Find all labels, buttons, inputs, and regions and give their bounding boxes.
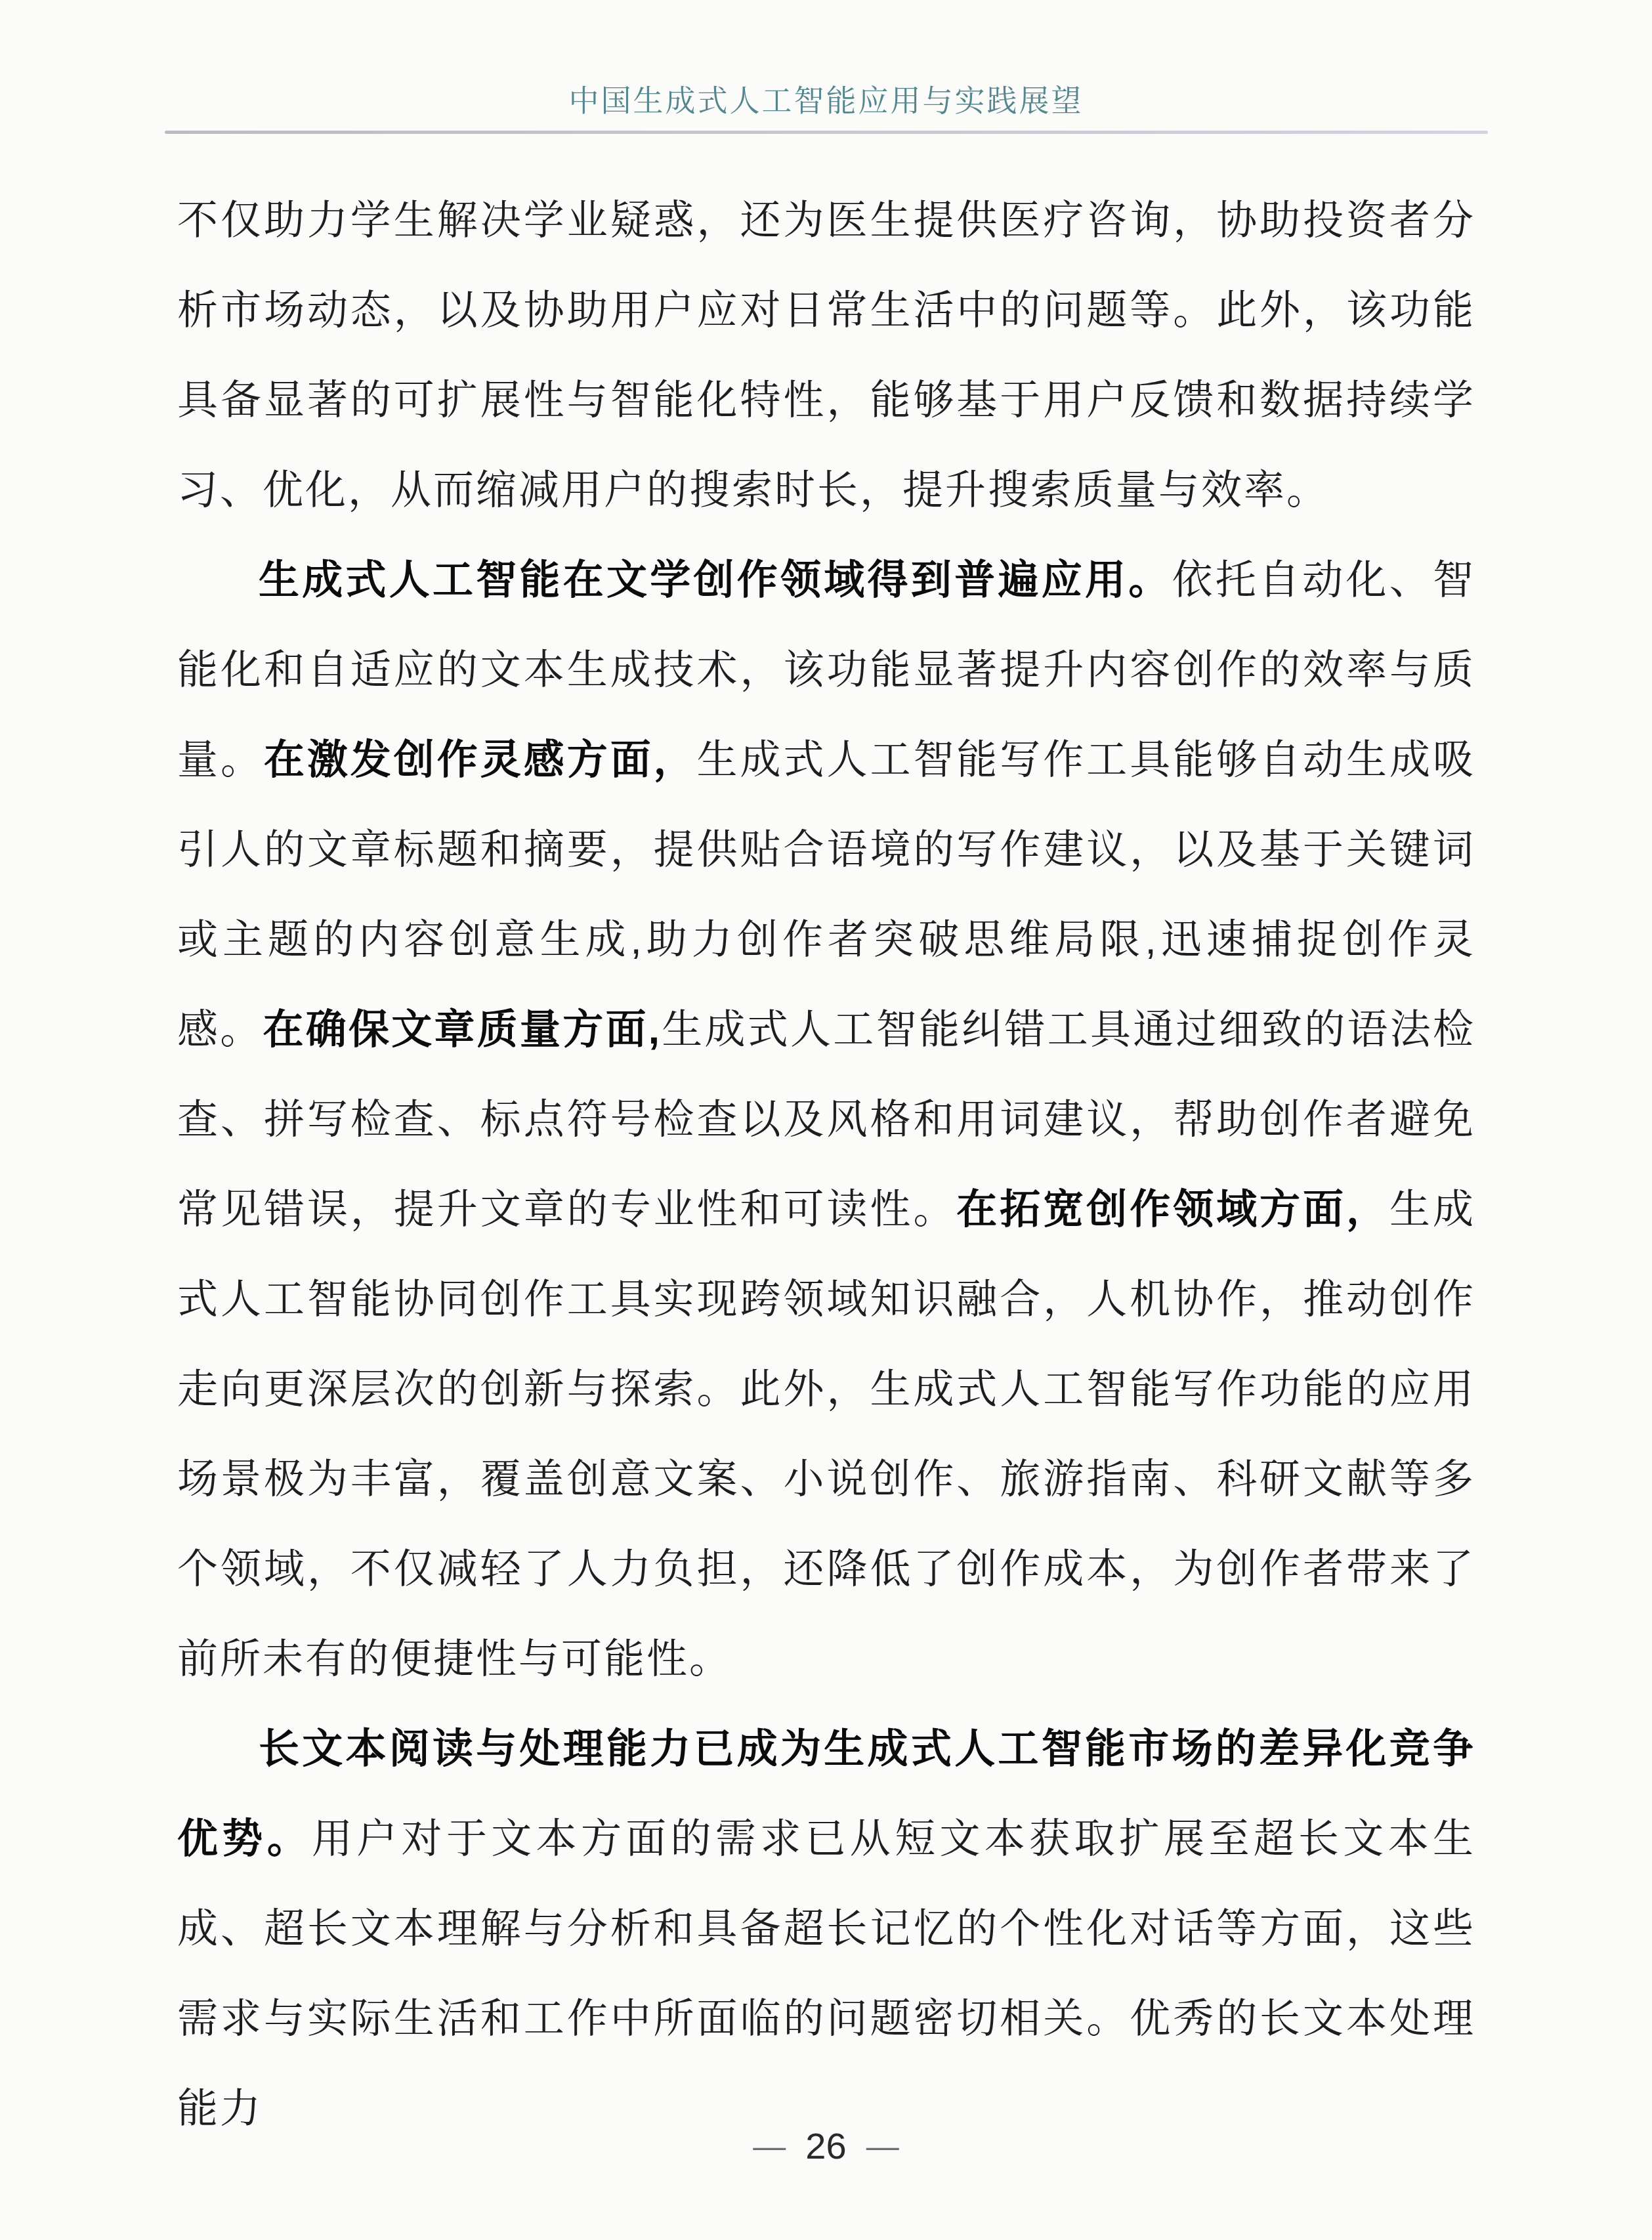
text-run: 用户对于文本方面的需求已从短文本获取扩展至超长文本生成、超长文本理解与分析和具备… — [177, 1817, 1475, 2132]
footer-dash-right: — — [866, 2130, 899, 2163]
document-page: 中国生成式人工智能应用与实践展望 不仅助力学生解决学业疑惑，还为医生提供医疗咨询… — [0, 0, 1652, 2240]
text-run: 生成式人工智能写作工具能够自动生成吸引人的文章标题和摘要，提供贴合语境的写作建议… — [177, 738, 1475, 1053]
header-rule — [165, 131, 1488, 134]
page-header-title: 中国生成式人工智能应用与实践展望 — [0, 0, 1652, 119]
text-run: 生成式人工智能协同创作工具实现跨领域知识融合，人机协作，推动创作走向更深层次的创… — [177, 1187, 1475, 1682]
paragraph-3: 长文本阅读与处理能力已成为生成式人工智能市场的差异化竞争优势。用户对于文本方面的… — [177, 1704, 1475, 2154]
bold-text-run: 生成式人工智能在文学创作领域得到普遍应用。 — [259, 558, 1172, 603]
page-body: 不仅助力学生解决学业疑惑，还为医生提供医疗咨询，协助投资者分析市场动态，以及协助… — [177, 176, 1475, 2154]
bold-text-run: 在激发创作灵感方面， — [264, 738, 697, 783]
text-run: 不仅助力学生解决学业疑惑，还为医生提供医疗咨询，协助投资者分析市场动态，以及协助… — [177, 198, 1475, 513]
bold-text-run: 在拓宽创作领域方面， — [956, 1187, 1389, 1233]
paragraph-2: 生成式人工智能在文学创作领域得到普遍应用。依托自动化、智能化和自适应的文本生成技… — [177, 536, 1475, 1704]
page-header: 中国生成式人工智能应用与实践展望 — [0, 0, 1652, 134]
bold-text-run: 在确保文章质量方面, — [263, 1007, 662, 1053]
page-number: 26 — [805, 2128, 846, 2165]
paragraph-1: 不仅助力学生解决学业疑惑，还为医生提供医疗咨询，协助投资者分析市场动态，以及协助… — [177, 176, 1475, 536]
page-footer: — 26 — — [0, 2128, 1652, 2165]
footer-dash-left: — — [753, 2130, 786, 2163]
